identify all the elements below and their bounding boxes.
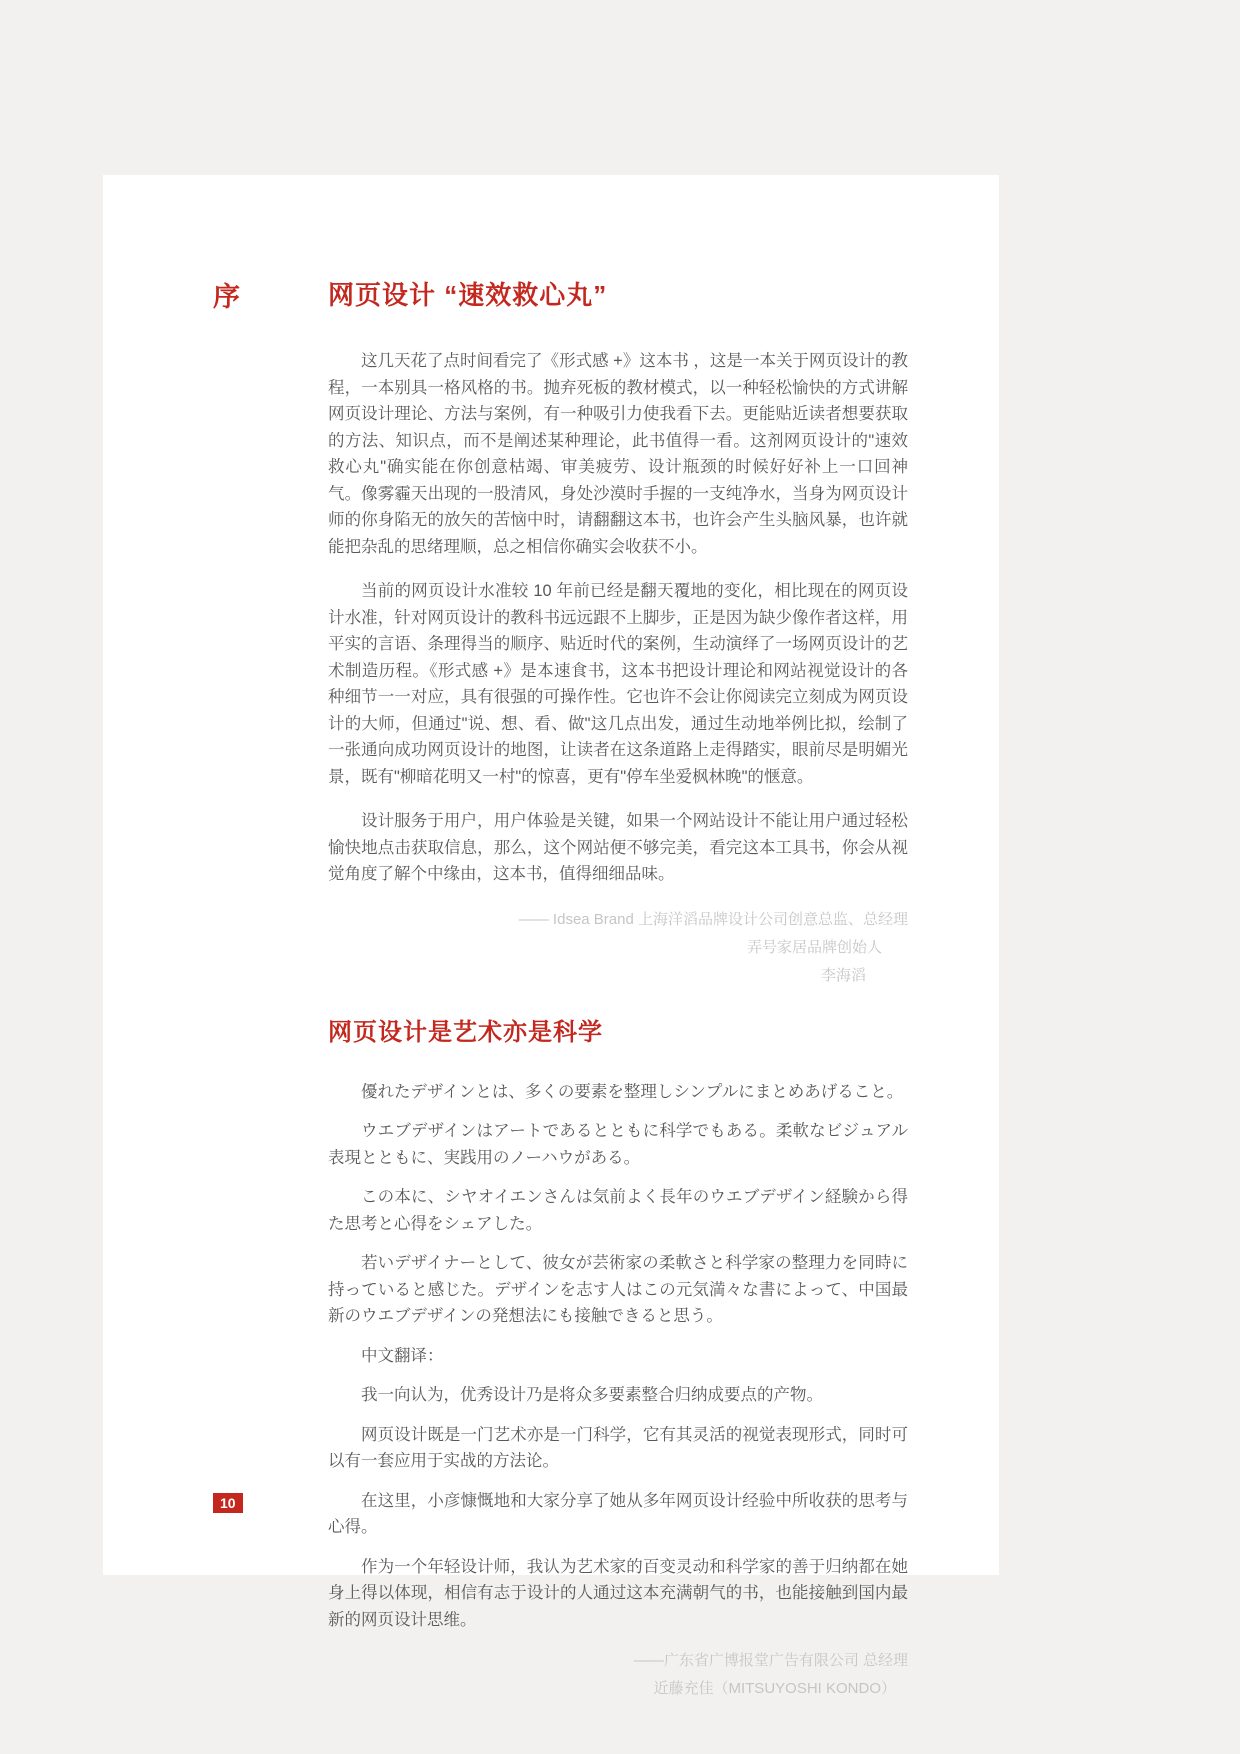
preface-label: 序 xyxy=(213,275,242,314)
translation-label: 中文翻译： xyxy=(328,1343,908,1370)
section2-japanese-paragraph-3: この本に、シヤオイエンさんは気前よく長年のウエブデザイン経験から得た思考と心得を… xyxy=(328,1184,908,1237)
section2-japanese-paragraph-1: 優れたデザインとは、多くの要素を整理しシンプルにまとめあげること。 xyxy=(328,1079,908,1106)
section2-japanese-paragraph-2: ウエブデザインはアートであるとともに科学でもある。柔軟なビジュアル表現とともに、… xyxy=(328,1118,908,1171)
section2-japanese-paragraph-4: 若いデザイナーとして、彼女が芸術家の柔軟さと科学家の整理力を同時に持っていると感… xyxy=(328,1250,908,1330)
attribution-brand-line: 弄号家居品牌创始人 xyxy=(328,934,908,962)
section2-chinese-paragraph-4: 作为一个年轻设计师，我认为艺术家的百变灵动和科学家的善于归纳都在她身上得以体现，… xyxy=(328,1554,908,1634)
attribution-signer-name: 近藤充佳（MITSUYOSHI KONDO） xyxy=(328,1675,908,1703)
section1-title: 网页设计 “速效救心丸” xyxy=(328,275,908,312)
section2-chinese-paragraph-3: 在这里，小彦慷慨地和大家分享了她从多年网页设计经验中所收获的思考与心得。 xyxy=(328,1488,908,1541)
section2-title: 网页设计是艺术亦是科学 xyxy=(328,1012,908,1047)
attribution-company-line: ——广东省广博报堂广告有限公司 总经理 xyxy=(328,1647,908,1675)
book-page: 序 网页设计 “速效救心丸” 这几天花了点时间看完了《形式感 +》这本书 ，这是… xyxy=(103,175,999,1575)
section1-attribution: —— Idsea Brand 上海洋滔品牌设计公司创意总监、总经理 弄号家居品牌… xyxy=(328,906,908,990)
attribution-role-line: —— Idsea Brand 上海洋滔品牌设计公司创意总监、总经理 xyxy=(328,906,908,934)
section2-chinese-paragraph-2: 网页设计既是一门艺术亦是一门科学，它有其灵活的视觉表现形式，同时可以有一套应用于… xyxy=(328,1422,908,1475)
section1-paragraph-2: 当前的网页设计水准较 10 年前已经是翻天覆地的变化，相比现在的网页设计水准，针… xyxy=(328,578,908,790)
section1-paragraph-3: 设计服务于用户，用户体验是关键，如果一个网站设计不能让用户通过轻松愉快地点击获取… xyxy=(328,808,908,888)
section2-attribution: ——广东省广博报堂广告有限公司 总经理 近藤充佳（MITSUYOSHI KOND… xyxy=(328,1647,908,1703)
section1-paragraph-1: 这几天花了点时间看完了《形式感 +》这本书 ，这是一本关于网页设计的教程，一本别… xyxy=(328,348,908,560)
attribution-author-name: 李海滔 xyxy=(328,962,908,990)
section2-chinese-paragraph-1: 我一向认为，优秀设计乃是将众多要素整合归纳成要点的产物。 xyxy=(328,1382,908,1409)
page-number-badge: 10 xyxy=(213,1493,243,1513)
page-content: 网页设计 “速效救心丸” 这几天花了点时间看完了《形式感 +》这本书 ，这是一本… xyxy=(328,275,908,1703)
